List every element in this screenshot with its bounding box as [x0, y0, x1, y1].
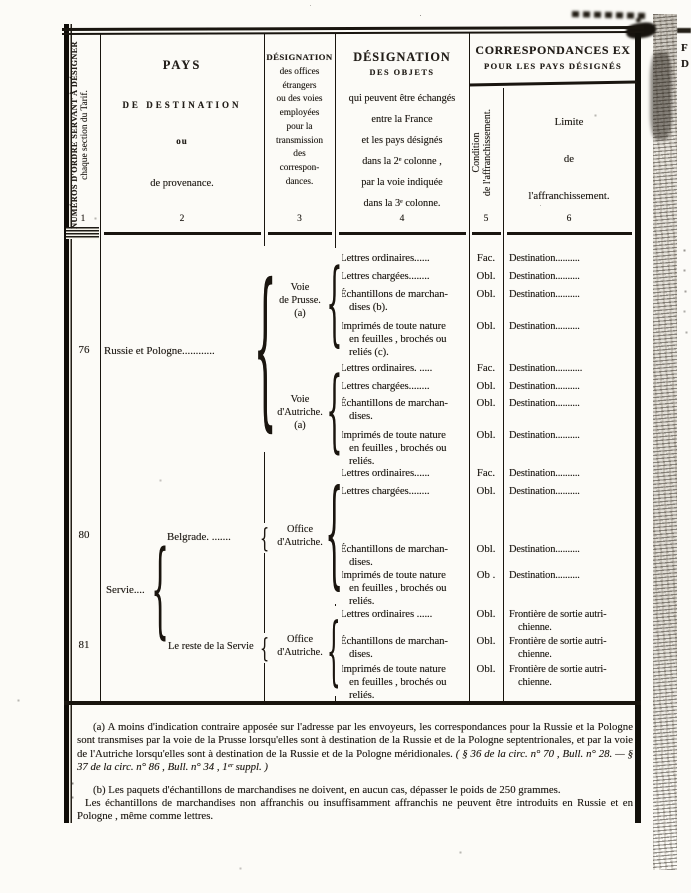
table-row: Imprimés de toute nature en feuilles , b… — [340, 663, 636, 677]
condition-cell: Fac. — [469, 252, 503, 264]
object-cell: Échantillons de marchan- dises. — [340, 543, 464, 569]
group-header-correspondances: CORRESPONDANCES EX — [471, 43, 635, 58]
table-row: Échantillons de marchan- dises. Obl. Fro… — [340, 635, 636, 649]
table-row: Imprimés de toute nature en feuilles , b… — [340, 320, 636, 334]
table-row: Lettres chargées........ Obl. Destinatio… — [340, 270, 636, 284]
column-header-limite: Limite de l'affranchissement. — [503, 104, 635, 215]
table-row: Lettres ordinaires. ..... Fac. Destinati… — [340, 362, 636, 376]
object-cell: Imprimés de toute nature en feuilles , b… — [340, 320, 464, 359]
table-row: Échantillons de marchan- dises (b). Obl.… — [340, 288, 636, 302]
brace: { — [326, 606, 342, 696]
limit-cell: Destination........... — [509, 362, 636, 375]
column-header-designation-offices-title: DÉSIGNATION — [264, 52, 335, 62]
country-label: Servie.... — [106, 584, 145, 596]
brace: { — [257, 523, 273, 553]
condition-cell: Obl. — [469, 429, 503, 441]
condition-cell: Obl. — [469, 320, 503, 332]
condition-cell: Obl. — [469, 270, 503, 282]
object-cell: Lettres ordinaires. ..... — [340, 362, 464, 375]
ink-smudge — [650, 52, 672, 140]
condition-cell: Obl. — [469, 543, 503, 555]
column-header-ou: ou — [100, 136, 264, 146]
footnotes: (a) A moins d'indication contraire appos… — [77, 721, 633, 824]
brace: { — [326, 248, 342, 358]
column-header-condition-line1: Condition — [471, 95, 482, 210]
column-header-condition: Condition de l'affranchissement. — [471, 95, 504, 210]
object-cell: Lettres ordinaires...... — [340, 467, 464, 480]
running-header-smudge — [572, 8, 646, 23]
country-label: Belgrade. ....... — [167, 531, 231, 543]
condition-cell: Obl. — [469, 397, 503, 409]
column-header-numeros-subtitle: chaque section du Tarif. — [80, 40, 90, 230]
object-cell: Lettres chargées........ — [340, 270, 464, 283]
table-row: Lettres ordinaires ...... Obl. Frontière… — [340, 608, 636, 622]
correspondances-underline — [469, 81, 637, 87]
column-header-condition-line2: de l'affranchissement. — [482, 95, 493, 210]
object-cell: Lettres ordinaires ...... — [340, 608, 464, 621]
scan-speckles — [0, 0, 1, 1]
limit-cell: Destination.......... — [509, 397, 636, 410]
group-header-pays-designes: POUR LES PAYS DÉSIGNÉS — [471, 61, 635, 71]
brace: { — [257, 633, 273, 663]
condition-cell: Obl. — [469, 288, 503, 300]
scanned-tariff-page: F D NUMÉROS D'ORDRE SERVANT À DÉSIGNER c… — [0, 0, 691, 893]
limit-cell: Destination.......... — [509, 380, 636, 393]
limit-cell: Frontière de sortie autri- chienne. — [509, 635, 636, 661]
column-number: 1 — [66, 214, 100, 224]
object-cell: Échantillons de marchan- dises. — [340, 635, 464, 661]
limit-cell: Destination.......... — [509, 320, 636, 333]
limit-cell: Frontière de sortie autri- chienne. — [509, 608, 636, 634]
column-number: 3 — [264, 214, 335, 224]
column-header-destination: DE DESTINATION — [100, 100, 264, 110]
brace: { — [326, 464, 342, 604]
column-header-provenance: de provenance. — [100, 178, 264, 189]
column-number: 2 — [100, 214, 264, 224]
column-number: 6 — [503, 214, 635, 224]
table-row: Lettres chargées........ Obl. Destinatio… — [340, 380, 636, 394]
adjacent-page-letter: F — [681, 42, 688, 54]
brace: { — [326, 358, 342, 464]
limit-cell: Destination.......... — [509, 252, 636, 265]
object-cell: Lettres ordinaires...... — [340, 252, 464, 265]
adjacent-page-letter: D — [681, 58, 689, 70]
table-top-rule — [62, 25, 644, 30]
table-row: Imprimés de toute nature en feuilles , b… — [340, 569, 636, 583]
table-row: Échantillons de marchan- dises. Obl. Des… — [340, 543, 636, 557]
condition-cell: Obl. — [469, 485, 503, 497]
table-row: Imprimés de toute nature en feuilles , b… — [340, 429, 636, 443]
table-row: Lettres ordinaires...... Fac. Destinatio… — [340, 252, 636, 266]
condition-cell: Fac. — [469, 362, 503, 374]
column-header-designation-objets-body: qui peuvent être échangés entre la Franc… — [333, 88, 471, 214]
column-header-designation-objets-title: DÉSIGNATION — [335, 50, 469, 65]
brace: { — [256, 246, 274, 452]
limit-cell: Destination.......... — [509, 569, 636, 582]
table-body: Lettres ordinaires...... Fac. Destinatio… — [0, 232, 691, 703]
footnote-b-line1: (b) Les paquets d'échantillons de marcha… — [77, 784, 633, 797]
country-label: Russie et Pologne............ — [104, 345, 215, 357]
condition-cell: Obl. — [469, 380, 503, 392]
object-cell: Échantillons de marchan- dises. — [340, 397, 464, 423]
limit-cell: Destination.......... — [509, 543, 636, 556]
footnote-b-line2: Les échantillons de marchandises non aff… — [77, 797, 633, 824]
object-cell: Lettres chargées........ — [340, 485, 464, 498]
column-number: 4 — [335, 214, 469, 224]
table-row: Lettres chargées........ Obl. Destinatio… — [340, 485, 636, 499]
column-header-designation-offices-body: des offices étrangers ou des voies emplo… — [264, 66, 335, 189]
limit-cell: Destination.......... — [509, 288, 636, 301]
footnote-a: (a) A moins d'indication contraire appos… — [77, 721, 633, 775]
column-header-numeros: NUMÉROS D'ORDRE SERVANT À DÉSIGNER chaqu… — [70, 40, 100, 230]
adjacent-page-rule-fragment — [677, 28, 691, 33]
condition-cell: Obl. — [469, 663, 503, 675]
column-header-pays: PAYS — [100, 58, 264, 73]
limit-cell: Destination.......... — [509, 467, 636, 480]
table-row: Échantillons de marchan- dises. Obl. Des… — [340, 397, 636, 411]
object-cell: Lettres chargées........ — [340, 380, 464, 393]
condition-cell: Ob . — [469, 569, 503, 581]
column-number: 5 — [469, 214, 503, 224]
object-cell: Imprimés de toute nature en feuilles , b… — [340, 429, 464, 468]
country-label: Le reste de la Servie — [168, 641, 254, 652]
object-cell: Imprimés de toute nature en feuilles , b… — [340, 569, 464, 608]
column-header-numeros-title: NUMÉROS D'ORDRE SERVANT À DÉSIGNER — [70, 40, 79, 230]
limit-cell: Destination.......... — [509, 429, 636, 442]
limit-cell: Frontière de sortie autri- chienne. — [509, 663, 636, 689]
limit-cell: Destination.......... — [509, 270, 636, 283]
column-header-designation-objets-subtitle: DES OBJETS — [335, 68, 469, 77]
object-cell: Échantillons de marchan- dises (b). — [340, 288, 464, 314]
condition-cell: Fac. — [469, 467, 503, 479]
brace: { — [150, 527, 170, 651]
object-cell: Imprimés de toute nature en feuilles , b… — [340, 663, 464, 702]
condition-cell: Obl. — [469, 635, 503, 647]
limit-cell: Destination.......... — [509, 485, 636, 498]
table-row: Lettres ordinaires...... Fac. Destinatio… — [340, 467, 636, 481]
condition-cell: Obl. — [469, 608, 503, 620]
table-top-rule — [62, 31, 644, 35]
